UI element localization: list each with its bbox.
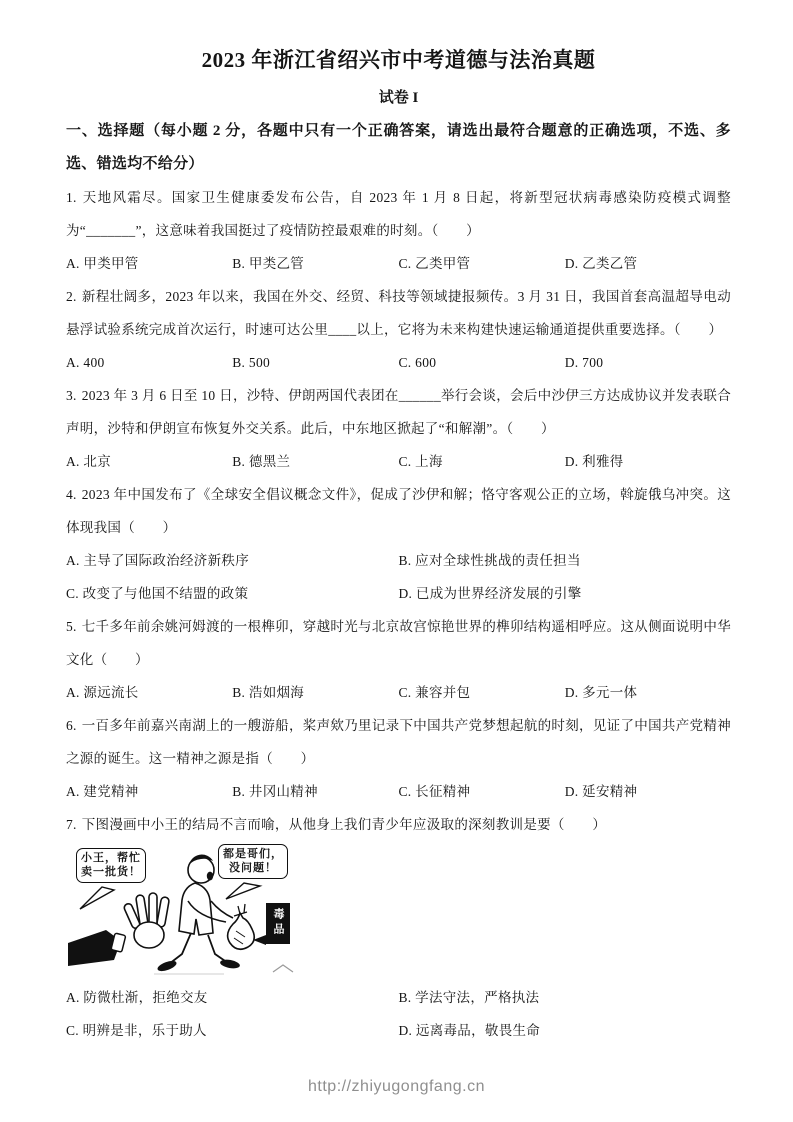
option-c: C. 改变了与他国不结盟的政策 (66, 577, 399, 610)
question-5: 5.七千多年前余姚河姆渡的一根榫卯，穿越时光与北京故宫惊艳世界的榫卯结构遥相呼应… (66, 610, 731, 709)
paper-part-heading: 试卷 I (66, 86, 731, 107)
question-number: 3. (66, 388, 77, 403)
option-d: D. 延安精神 (565, 775, 731, 808)
option-d: D. 乙类乙管 (565, 247, 731, 280)
question-4-options: A. 主导了国际政治经济新秩序 B. 应对全球性挑战的责任担当 C. 改变了与他… (66, 544, 731, 610)
option-a: A. 400 (66, 346, 232, 379)
question-2: 2.新程壮阔多，2023 年以来，我国在外交、经贸、科技等领域捷报频传。3 月 … (66, 280, 731, 379)
open-hand (123, 893, 169, 948)
speech-bubble-left: 小王，帮忙 卖一批货！ (76, 848, 146, 883)
option-c: C. 乙类甲管 (399, 247, 565, 280)
option-d: D. 已成为世界经济发展的引擎 (399, 577, 732, 610)
question-number: 6. (66, 718, 77, 733)
question-3-text: 3.2023 年 3 月 6 日至 10 日，沙特、伊朗两国代表团在______… (66, 379, 731, 445)
drugs-sign: 毒品 (266, 903, 290, 944)
option-a: A. 防微杜渐，拒绝交友 (66, 981, 399, 1014)
right-bubble-tail (226, 883, 260, 899)
question-5-options: A. 源远流长 B. 浩如烟海 C. 兼容并包 D. 多元一体 (66, 676, 731, 709)
question-1-options: A. 甲类甲管 B. 甲类乙管 C. 乙类甲管 D. 乙类乙管 (66, 247, 731, 280)
section-heading: 一、选择题（每小题 2 分，各题中只有一个正确答案，请选出最符合题意的正确选项，… (66, 115, 731, 181)
page-title: 2023 年浙江省绍兴市中考道德与法治真题 (66, 44, 731, 74)
question-2-options: A. 400 B. 500 C. 600 D. 700 (66, 346, 731, 379)
option-c: C. 600 (399, 346, 565, 379)
question-number: 2. (66, 289, 77, 304)
question-body: 七千多年前余姚河姆渡的一根榫卯，穿越时光与北京故宫惊艳世界的榫卯结构遥相呼应。这… (66, 619, 731, 667)
question-6: 6.一百多年前嘉兴南湖上的一艘游船，桨声欸乃里记录下中国共产党梦想起航的时刻，见… (66, 709, 731, 808)
option-c: C. 上海 (399, 445, 565, 478)
watermark-url: http://zhiyugongfang.cn (0, 1078, 793, 1096)
option-b: B. 甲类乙管 (232, 247, 398, 280)
question-7-text: 7.下图漫画中小王的结局不言而喻，从他身上我们青少年应汲取的深刻教训是要（ ） (66, 808, 731, 841)
exam-paper-page: 2023 年浙江省绍兴市中考道德与法治真题 试卷 I 一、选择题（每小题 2 分… (0, 0, 793, 1122)
bubble-text: 卖一批货！ (81, 865, 141, 879)
question-4-text: 4.2023 年中国发布了《全球安全倡议概念文件》，促成了沙伊和解；恪守客观公正… (66, 478, 731, 544)
ground-mark (273, 965, 293, 972)
question-7: 7.下图漫画中小王的结局不言而喻，从他身上我们青少年应汲取的深刻教训是要（ ） (66, 808, 731, 1047)
option-b: B. 500 (232, 346, 398, 379)
option-b: B. 浩如烟海 (232, 676, 398, 709)
question-body: 天地风霜尽。国家卫生健康委发布公告，自 2023 年 1 月 8 日起，将新型冠… (66, 190, 731, 238)
question-number: 1. (66, 190, 77, 205)
question-1: 1.天地风霜尽。国家卫生健康委发布公告，自 2023 年 1 月 8 日起，将新… (66, 181, 731, 280)
drug-sack (228, 904, 255, 949)
left-bubble-tail (80, 887, 114, 909)
question-7-options: A. 防微杜渐，拒绝交友 B. 学法守法，严格执法 C. 明辨是非，乐于助人 D… (66, 981, 731, 1047)
question-3-options: A. 北京 B. 德黑兰 C. 上海 D. 利雅得 (66, 445, 731, 478)
question-4: 4.2023 年中国发布了《全球安全倡议概念文件》，促成了沙伊和解；恪守客观公正… (66, 478, 731, 610)
option-d: D. 700 (565, 346, 731, 379)
option-b: B. 德黑兰 (232, 445, 398, 478)
option-d: D. 远离毒品，敬畏生命 (399, 1014, 732, 1047)
question-6-text: 6.一百多年前嘉兴南湖上的一艘游船，桨声欸乃里记录下中国共产党梦想起航的时刻，见… (66, 709, 731, 775)
option-a: A. 甲类甲管 (66, 247, 232, 280)
question-body: 2023 年 3 月 6 日至 10 日，沙特、伊朗两国代表团在______举行… (66, 388, 731, 436)
speech-bubble-right: 都是哥们， 没问题！ (218, 844, 288, 879)
dealer-arm (68, 930, 126, 966)
option-b: B. 学法守法，严格执法 (399, 981, 732, 1014)
question-number: 5. (66, 619, 77, 634)
option-c: C. 兼容并包 (399, 676, 565, 709)
option-b: B. 应对全球性挑战的责任担当 (399, 544, 732, 577)
option-b: B. 井冈山精神 (232, 775, 398, 808)
question-5-text: 5.七千多年前余姚河姆渡的一根榫卯，穿越时光与北京故宫惊艳世界的榫卯结构遥相呼应… (66, 610, 731, 676)
open-mouth (207, 872, 213, 881)
option-a: A. 北京 (66, 445, 232, 478)
question-3: 3.2023 年 3 月 6 日至 10 日，沙特、伊朗两国代表团在______… (66, 379, 731, 478)
option-c: C. 明辨是非，乐于助人 (66, 1014, 399, 1047)
option-a: A. 主导了国际政治经济新秩序 (66, 544, 399, 577)
question-2-text: 2.新程壮阔多，2023 年以来，我国在外交、经贸、科技等领域捷报频传。3 月 … (66, 280, 731, 346)
option-d: D. 多元一体 (565, 676, 731, 709)
bubble-text: 都是哥们， (223, 847, 283, 861)
bubble-text: 小王，帮忙 (81, 851, 141, 865)
question-1-text: 1.天地风霜尽。国家卫生健康委发布公告，自 2023 年 1 月 8 日起，将新… (66, 181, 731, 247)
option-c: C. 长征精神 (399, 775, 565, 808)
question-body: 下图漫画中小王的结局不言而喻，从他身上我们青少年应汲取的深刻教训是要（ ） (82, 817, 606, 832)
question-body: 2023 年中国发布了《全球安全倡议概念文件》，促成了沙伊和解；恪守客观公正的立… (66, 487, 731, 535)
question-body: 新程壮阔多，2023 年以来，我国在外交、经贸、科技等领域捷报频传。3 月 31… (66, 289, 731, 337)
option-a: A. 建党精神 (66, 775, 232, 808)
question-number: 7. (66, 817, 77, 832)
shoe (156, 959, 178, 973)
cartoon-illustration: 小王，帮忙 卖一批货！ 都是哥们， 没问题！ 毒品 (68, 843, 320, 979)
question-6-options: A. 建党精神 B. 井冈山精神 C. 长征精神 D. 延安精神 (66, 775, 731, 808)
question-body: 一百多年前嘉兴南湖上的一艘游船，桨声欸乃里记录下中国共产党梦想起航的时刻，见证了… (66, 718, 731, 766)
option-a: A. 源远流长 (66, 676, 232, 709)
question-number: 4. (66, 487, 77, 502)
bubble-text: 没问题！ (223, 861, 283, 875)
option-d: D. 利雅得 (565, 445, 731, 478)
